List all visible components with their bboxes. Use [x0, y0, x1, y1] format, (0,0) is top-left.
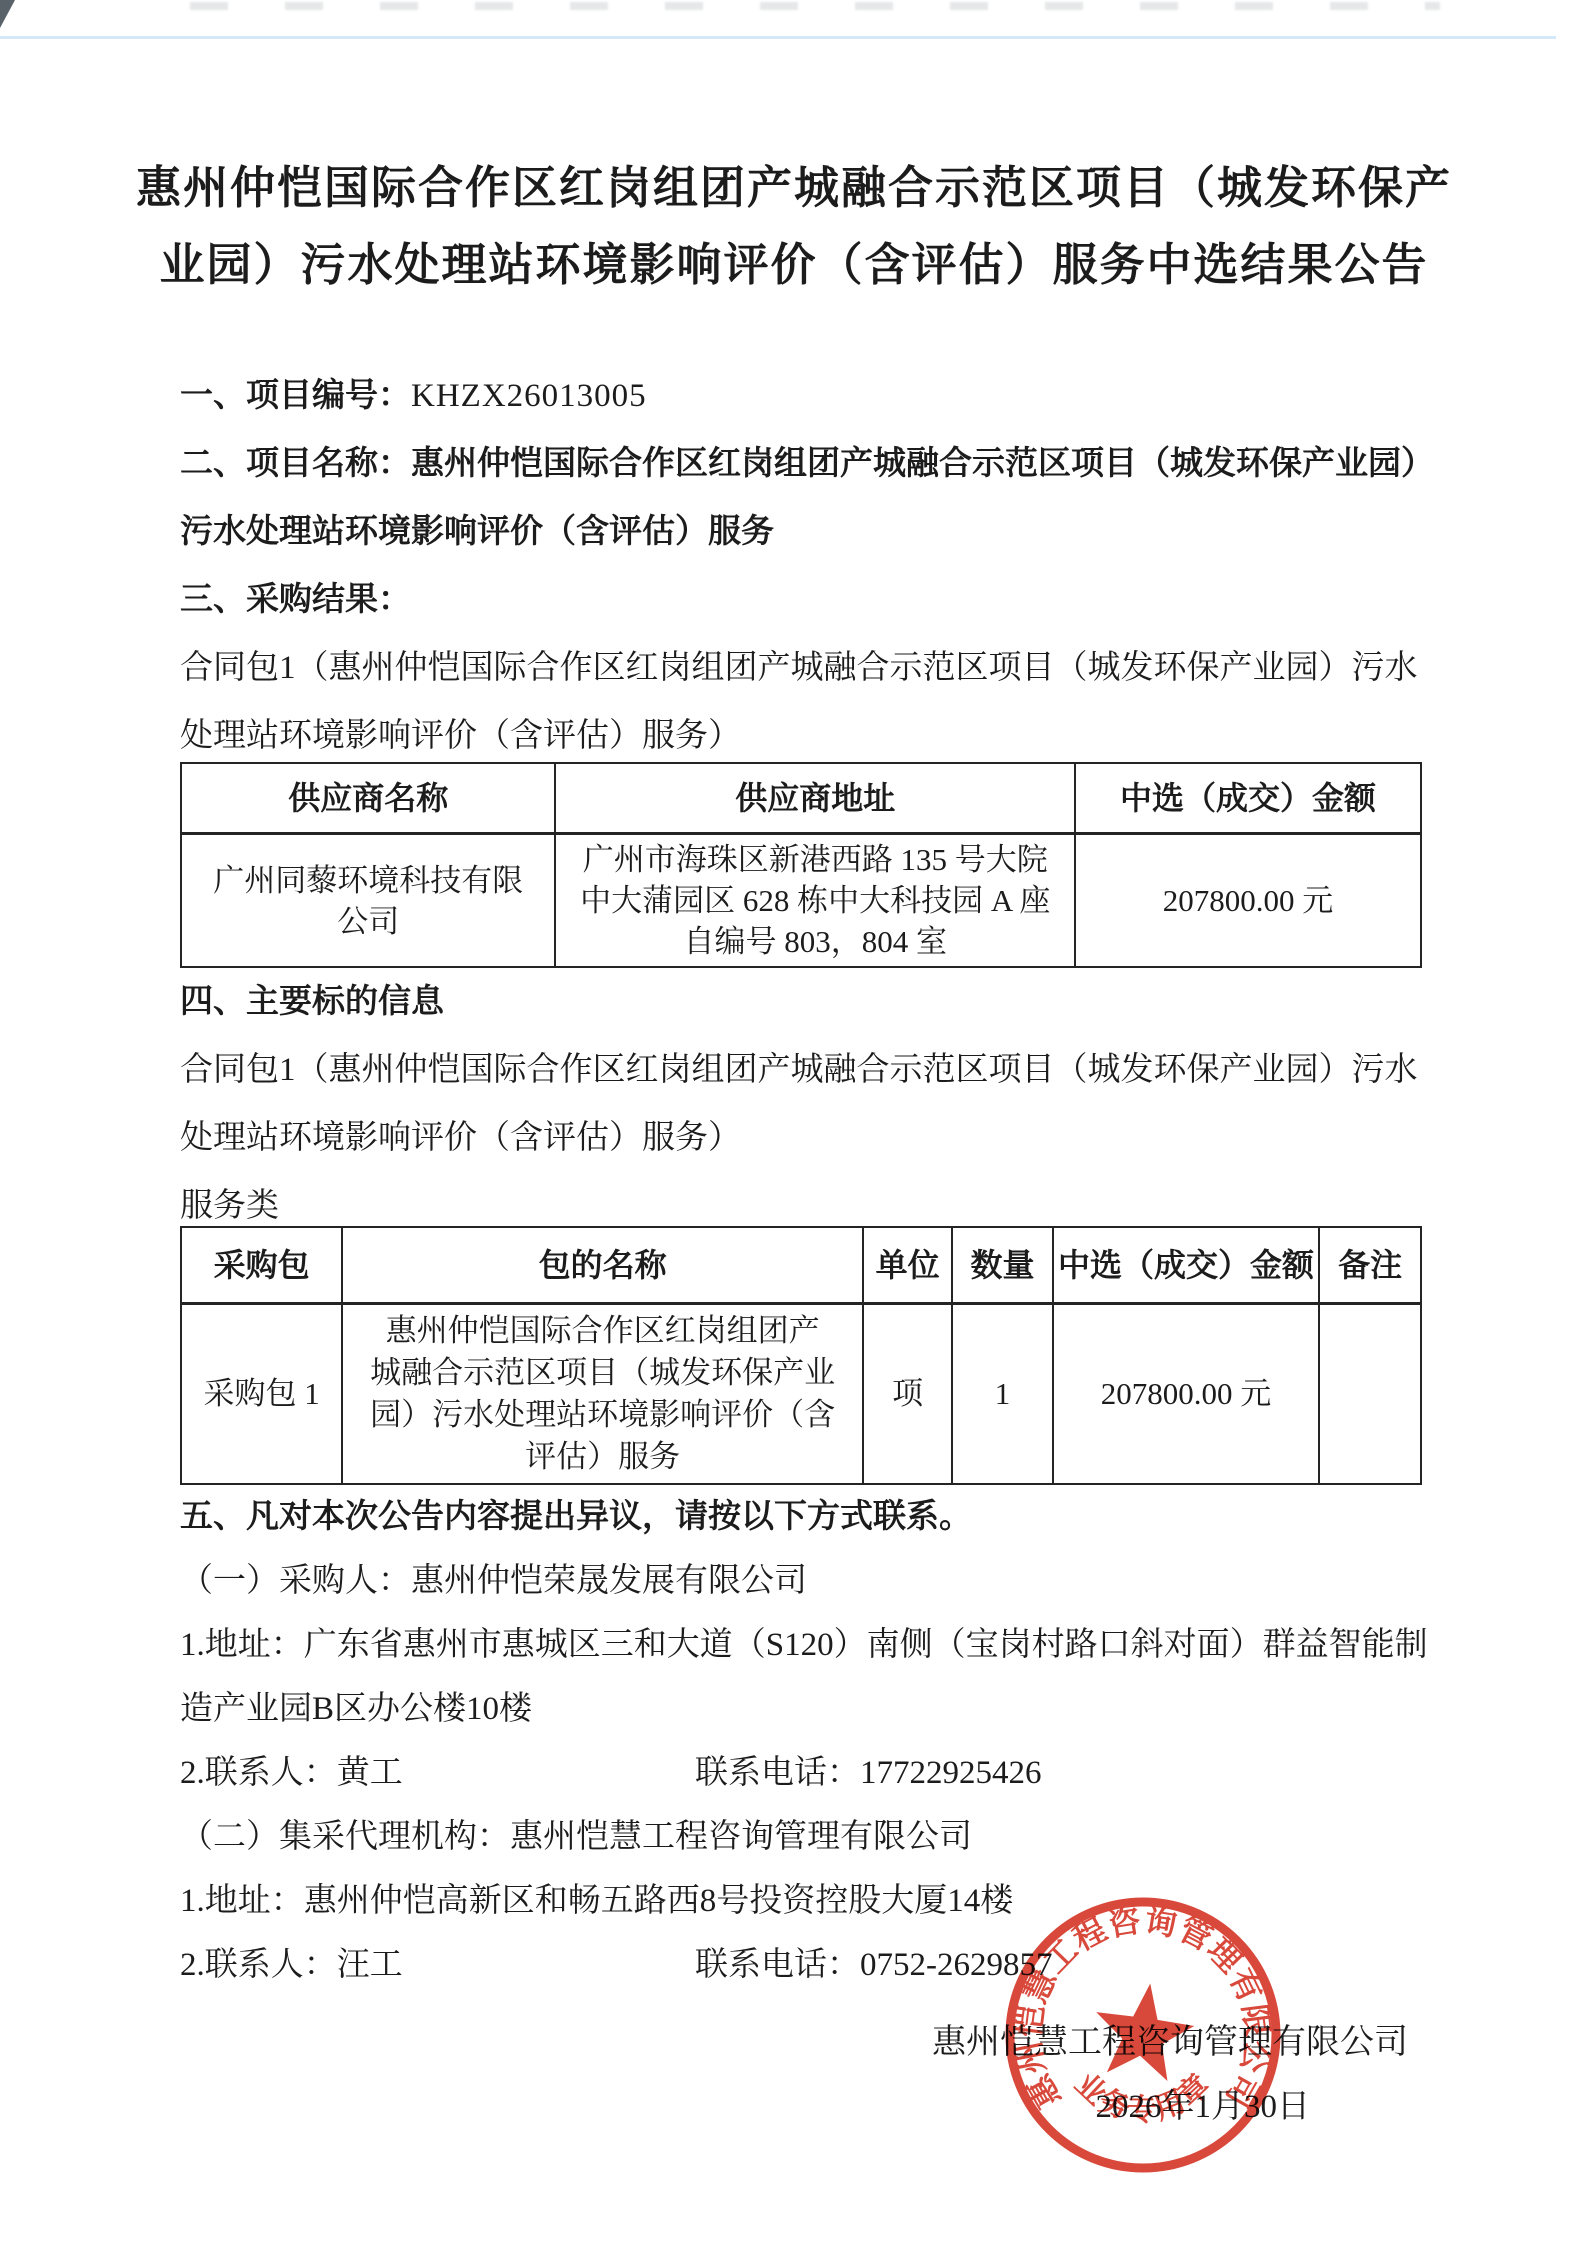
section-project-number: 一、项目编号：KHZX26013005	[180, 362, 1422, 430]
section-subject-info: 四、主要标的信息	[180, 968, 1422, 1036]
scan-blue-line-artifact	[0, 36, 1556, 39]
document-body: 一、项目编号：KHZX26013005 二、项目名称：惠州仲恺国际合作区红岗组团…	[180, 362, 1422, 2139]
header-package-name: 包的名称	[342, 1227, 863, 1303]
header-award-amount: 中选（成交）金额	[1075, 763, 1421, 834]
package-cell: 采购包 1	[181, 1303, 342, 1484]
supplier-address-line: 自编号 803，804 室	[562, 921, 1068, 962]
table-header-row: 采购包 包的名称 单位 数量 中选（成交）金额 备注	[181, 1227, 1421, 1303]
supplier-result-table: 供应商名称 供应商地址 中选（成交）金额 广州同藜环境科技有限 公司 广州市海珠…	[180, 762, 1422, 968]
package-name-cell: 惠州仲恺国际合作区红岗组团产 城融合示范区项目（城发环保产业 园）污水处理站环境…	[342, 1303, 863, 1484]
header-supplier-address: 供应商地址	[555, 763, 1075, 834]
header-award-amount: 中选（成交）金额	[1053, 1227, 1320, 1303]
section-procurement-result: 三、采购结果：	[180, 566, 1422, 634]
contract-package-line1: 合同包1（惠州仲恺国际合作区红岗组团产城融合示范区项目（城发环保产业园）污水	[180, 634, 1422, 702]
subject-package-line1: 合同包1（惠州仲恺国际合作区红岗组团产城融合示范区项目（城发环保产业园）污水	[180, 1036, 1422, 1104]
stamp-seal-graphic: 惠州恺慧工程咨询管理有限公司 业务专用章	[1001, 1893, 1285, 2177]
supplier-name-cell: 广州同藜环境科技有限 公司	[181, 834, 555, 968]
package-name-line: 园）污水处理站环境影响评价（含	[347, 1394, 858, 1436]
stamp-bottom-text: 业务专用章	[1068, 2066, 1217, 2127]
contract-package-line2: 处理站环境影响评价（含评估）服务）	[180, 702, 1422, 770]
purchaser-address-line2: 造产业园B区办公楼10楼	[180, 1677, 1422, 1741]
document-title: 惠州仲恺国际合作区红岗组团产城融合示范区项目（城发环保产 业园）污水处理站环境影…	[90, 150, 1498, 304]
table-header-row: 供应商名称 供应商地址 中选（成交）金额	[181, 763, 1421, 834]
unit-cell: 项	[863, 1303, 952, 1484]
supplier-address-line: 广州市海珠区新港西路 135 号大院	[562, 839, 1068, 880]
contact-person: 2.联系人：汪工	[180, 1933, 695, 1997]
supplier-name-line: 广州同藜环境科技有限	[188, 860, 548, 901]
award-amount-cell: 207800.00 元	[1075, 834, 1421, 968]
purchaser-address-line1: 1.地址：广东省惠州市惠城区三和大道（S120）南侧（宝岗村路口斜对面）群益智能…	[180, 1613, 1422, 1677]
contact-phone: 联系电话：0752-2629857	[695, 1947, 1053, 1983]
purchaser-contact-line: 2.联系人：黄工联系电话：17722925426	[180, 1741, 1422, 1805]
quantity-cell: 1	[952, 1303, 1052, 1484]
stamp-star-icon	[1088, 1977, 1199, 2084]
official-red-stamp: 惠州恺慧工程咨询管理有限公司 业务专用章	[1001, 1893, 1285, 2177]
header-quantity: 数量	[952, 1227, 1052, 1303]
title-line-1: 惠州仲恺国际合作区红岗组团产城融合示范区项目（城发环保产	[90, 150, 1498, 227]
title-line-2: 业园）污水处理站环境影响评价（含评估）服务中选结果公告	[90, 227, 1498, 304]
package-detail-table: 采购包 包的名称 单位 数量 中选（成交）金额 备注 采购包 1 惠州仲恺国际合…	[180, 1226, 1422, 1485]
scan-corner-artifact	[0, 0, 15, 28]
table-row: 广州同藜环境科技有限 公司 广州市海珠区新港西路 135 号大院 中大蒲园区 6…	[181, 834, 1421, 968]
supplier-address-cell: 广州市海珠区新港西路 135 号大院 中大蒲园区 628 栋中大科技园 A 座 …	[555, 834, 1075, 968]
remark-cell	[1319, 1303, 1421, 1484]
package-name-line: 惠州仲恺国际合作区红岗组团产	[347, 1310, 858, 1352]
header-remark: 备注	[1319, 1227, 1421, 1303]
supplier-address-line: 中大蒲园区 628 栋中大科技园 A 座	[562, 880, 1068, 921]
purchaser-line: （一）采购人：惠州仲恺荣晟发展有限公司	[180, 1549, 1422, 1613]
scan-smudge-artifact	[190, 2, 1440, 10]
package-name-line: 评估）服务	[347, 1436, 858, 1478]
agency-line: （二）集采代理机构：惠州恺慧工程咨询管理有限公司	[180, 1805, 1422, 1869]
section-project-name-line1: 二、项目名称：惠州仲恺国际合作区红岗组团产城融合示范区项目（城发环保产业园）	[180, 430, 1422, 498]
contact-phone: 联系电话：17722925426	[695, 1755, 1042, 1791]
contact-person: 2.联系人：黄工	[180, 1741, 695, 1805]
package-name-line: 城融合示范区项目（城发环保产业	[347, 1352, 858, 1394]
amount-cell: 207800.00 元	[1053, 1303, 1320, 1484]
supplier-name-line: 公司	[188, 901, 548, 942]
document-page: 惠州仲恺国际合作区红岗组团产城融合示范区项目（城发环保产 业园）污水处理站环境影…	[0, 0, 1588, 2244]
header-supplier-name: 供应商名称	[181, 763, 555, 834]
header-unit: 单位	[863, 1227, 952, 1303]
section-project-name-line2: 污水处理站环境影响评价（含评估）服务	[180, 498, 1422, 566]
project-number-label: 一、项目编号：	[180, 378, 411, 414]
subject-package-line2: 处理站环境影响评价（含评估）服务）	[180, 1104, 1422, 1172]
section-objection-contact: 五、凡对本次公告内容提出异议，请按以下方式联系。	[180, 1485, 1422, 1549]
svg-text:业务专用章: 业务专用章	[1068, 2066, 1217, 2127]
table-row: 采购包 1 惠州仲恺国际合作区红岗组团产 城融合示范区项目（城发环保产业 园）污…	[181, 1303, 1421, 1484]
project-number-value: KHZX26013005	[411, 378, 647, 414]
